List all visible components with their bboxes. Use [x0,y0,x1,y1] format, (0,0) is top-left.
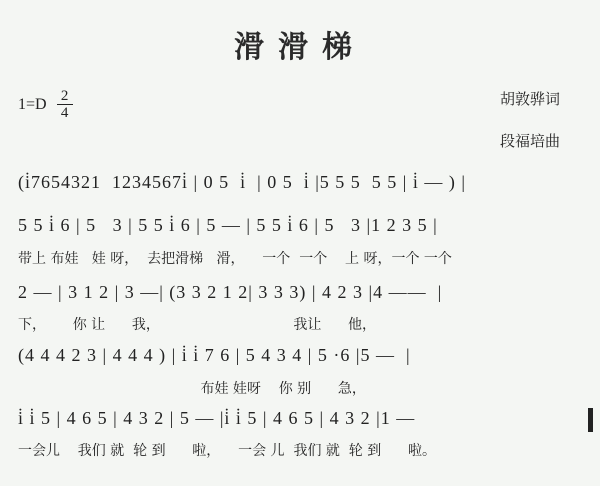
score-row-1-notes: (i̇7654321 1234567i̇ | 0 5 i̇ | 0 5 i̇ |… [18,172,593,193]
score-row-5-notes: i̇ i̇ 5 | 4 6 5 | 4 3 2 | 5 — |i̇ i̇ 5 |… [18,408,593,429]
score-row-3-lyrics: 下， 你 让 我， 我让 他， [18,314,593,334]
lyricist-credit: 胡敦骅词 [500,88,560,109]
score-row-5-lyrics: 一会儿 我们 就 轮 到 啦， 一会 儿 我们 就 轮 到 啦。 [18,440,593,460]
score-row-4-notes: (4 4 4 2 3 | 4 4 4 ) | i̇ i̇ 7 6 | 5 4 3… [18,345,593,366]
score-row-3-notes: 2 — | 3 1 2 | 3 —| (3 3 2 1 2| 3 3 3) | … [18,282,593,303]
time-signature-bottom: 4 [61,105,69,121]
score-row-2-lyrics: 带上 布娃 娃 呀， 去把滑梯 滑， 一个 一个 上 呀，一个 一个 [18,248,593,268]
key-signature: 1=D 2 4 [18,88,73,121]
final-barline [588,408,593,432]
score-row-4-lyrics: 布娃 娃呀 你 别 急， [18,378,593,398]
score-row-2-notes: 5 5 i̇ 6 | 5 3 | 5 5 i̇ 6 | 5 — | 5 5 i̇… [18,215,593,236]
composer-credit: 段福培曲 [500,130,560,151]
key-label: 1=D [18,96,47,114]
song-title: 滑滑梯 [0,22,600,66]
time-signature-top: 2 [61,88,69,104]
time-signature: 2 4 [57,88,73,121]
